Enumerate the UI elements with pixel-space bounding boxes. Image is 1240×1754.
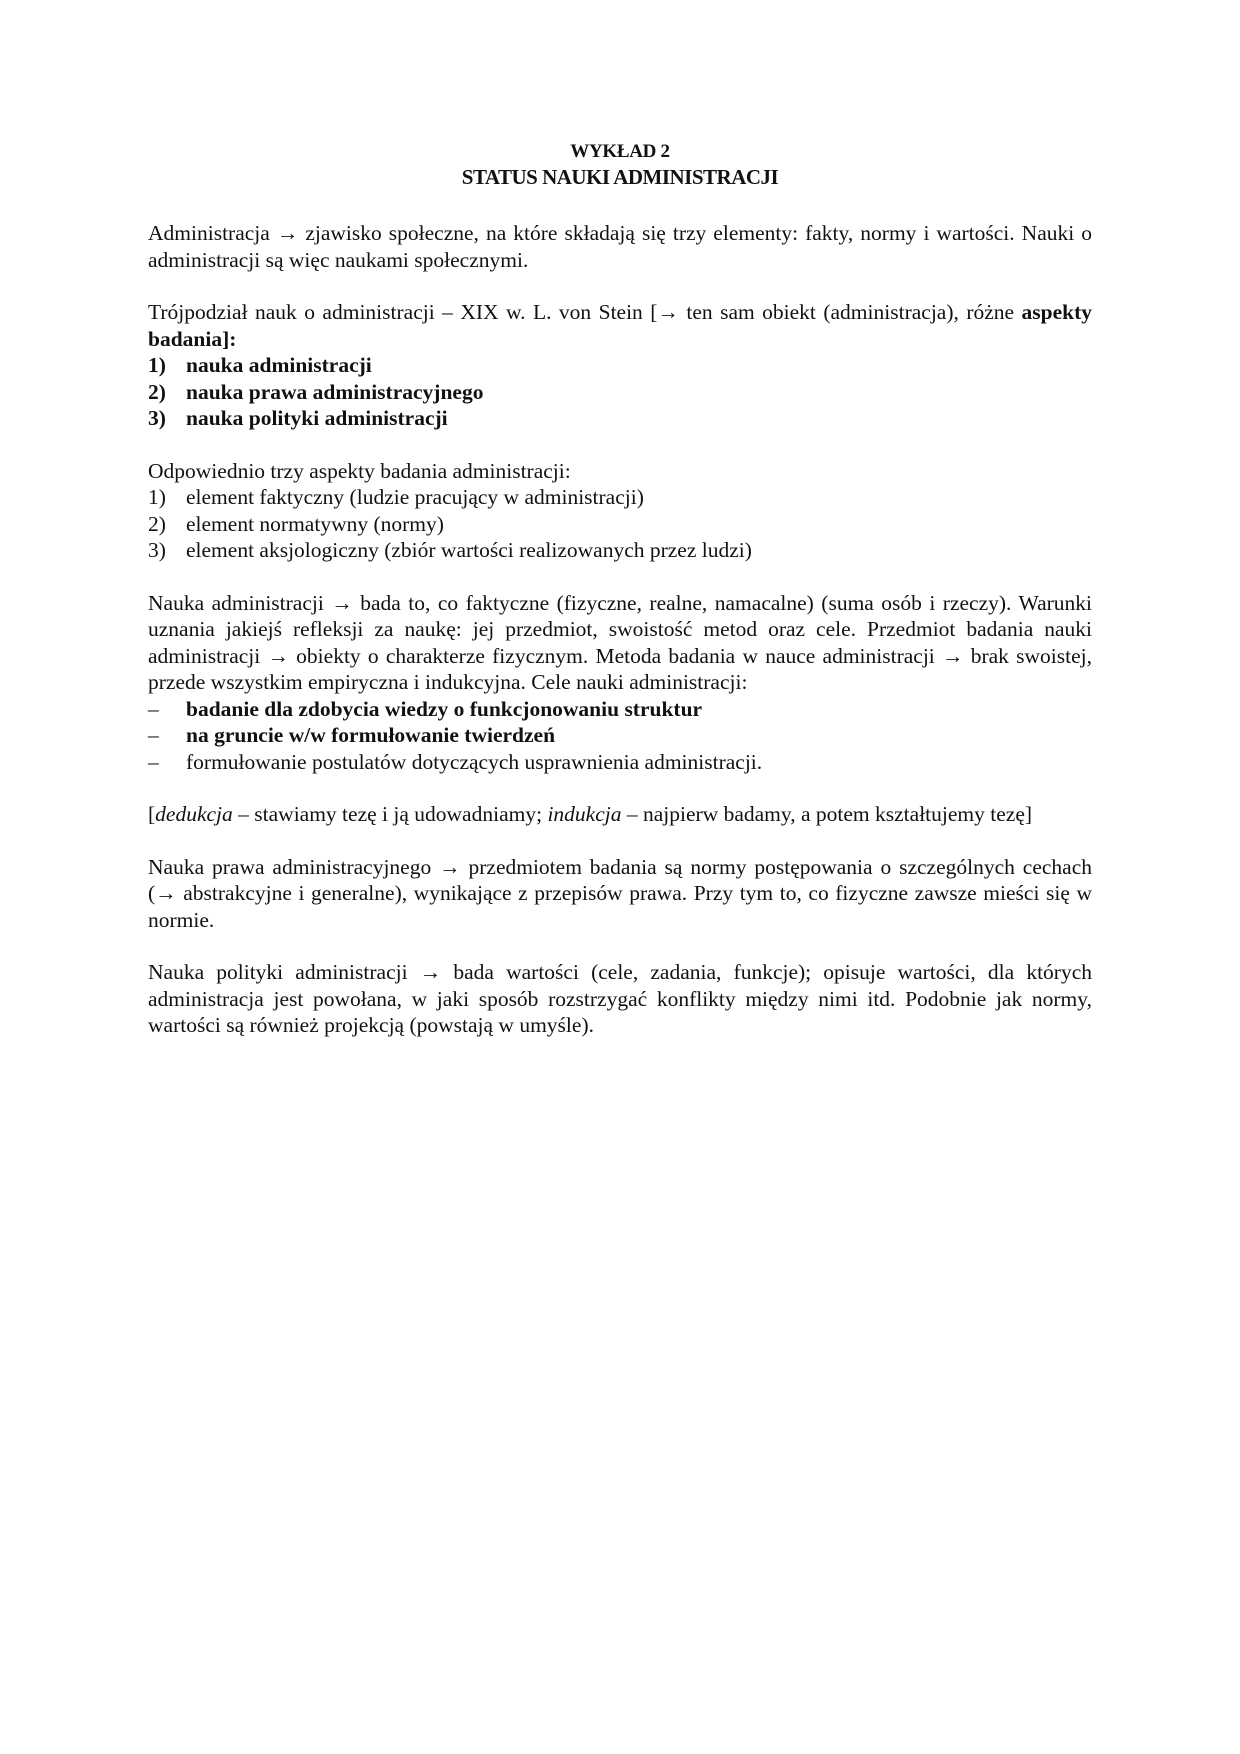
lecture-title: WYKŁAD 2: [148, 140, 1092, 164]
list-item: –badanie dla zdobycia wiedzy o funkcjono…: [148, 696, 1092, 723]
list-item: 3)element aksjologiczny (zbiór wartości …: [148, 537, 1092, 564]
list-item: –formułowanie postulatów dotyczących usp…: [148, 749, 1092, 776]
list-item: 1)nauka administracji: [148, 352, 1092, 379]
lecture-subtitle: STATUS NAUKI ADMINISTRACJI: [148, 164, 1092, 190]
induction-definition: – najpierw badamy, a potem kształtujemy …: [621, 802, 1032, 826]
term-induction: indukcja: [547, 802, 621, 826]
aspects-list: 1)element faktyczny (ludzie pracujący w …: [148, 484, 1092, 564]
list-item: 3)nauka polityki administracji: [148, 405, 1092, 432]
list-item-text: nauka polityki administracji: [186, 406, 448, 430]
list-marker: 3): [148, 537, 166, 564]
intro-paragraph: Administracja → zjawisko społeczne, na k…: [148, 220, 1092, 273]
list-item-text: badanie dla zdobycia wiedzy o funkcjonow…: [186, 697, 702, 721]
list-marker: 2): [148, 379, 166, 406]
list-item: 2)nauka prawa administracyjnego: [148, 379, 1092, 406]
list-item-text: element normatywny (normy): [186, 512, 444, 536]
division-list: 1)nauka administracji 2)nauka prawa admi…: [148, 352, 1092, 432]
list-item-text: na gruncie w/w formułowanie twierdzeń: [186, 723, 555, 747]
science-of-administration-paragraph: Nauka administracji → bada to, co faktyc…: [148, 590, 1092, 696]
policy-science-paragraph: Nauka polityki administracji → bada wart…: [148, 959, 1092, 1039]
dash-marker: –: [148, 722, 159, 749]
dash-marker: –: [148, 696, 159, 723]
list-item-text: nauka prawa administracyjnego: [186, 380, 483, 404]
division-text: Trójpodział nauk o administracji – XIX w…: [148, 300, 1022, 324]
division-paragraph: Trójpodział nauk o administracji – XIX w…: [148, 299, 1092, 352]
list-item-text: nauka administracji: [186, 353, 372, 377]
aspects-heading: Odpowiednio trzy aspekty badania adminis…: [148, 458, 1092, 485]
list-marker: 1): [148, 352, 166, 379]
list-item: 2)element normatywny (normy): [148, 511, 1092, 538]
list-item-text: element aksjologiczny (zbiór wartości re…: [186, 538, 752, 562]
list-item: 1)element faktyczny (ludzie pracujący w …: [148, 484, 1092, 511]
dash-marker: –: [148, 749, 159, 776]
list-item-text: formułowanie postulatów dotyczących uspr…: [186, 750, 762, 774]
list-marker: 3): [148, 405, 166, 432]
method-note: [dedukcja – stawiamy tezę i ją udowadnia…: [148, 801, 1092, 828]
list-marker: 1): [148, 484, 166, 511]
list-item: –na gruncie w/w formułowanie twierdzeń: [148, 722, 1092, 749]
goals-list: –badanie dla zdobycia wiedzy o funkcjono…: [148, 696, 1092, 776]
term-deduction: dedukcja: [155, 802, 233, 826]
list-item-text: element faktyczny (ludzie pracujący w ad…: [186, 485, 644, 509]
list-marker: 2): [148, 511, 166, 538]
document-page: WYKŁAD 2 STATUS NAUKI ADMINISTRACJI Admi…: [148, 140, 1092, 1039]
law-science-paragraph: Nauka prawa administracyjnego → przedmio…: [148, 854, 1092, 934]
deduction-definition: – stawiamy tezę i ją udowadniamy;: [233, 802, 548, 826]
